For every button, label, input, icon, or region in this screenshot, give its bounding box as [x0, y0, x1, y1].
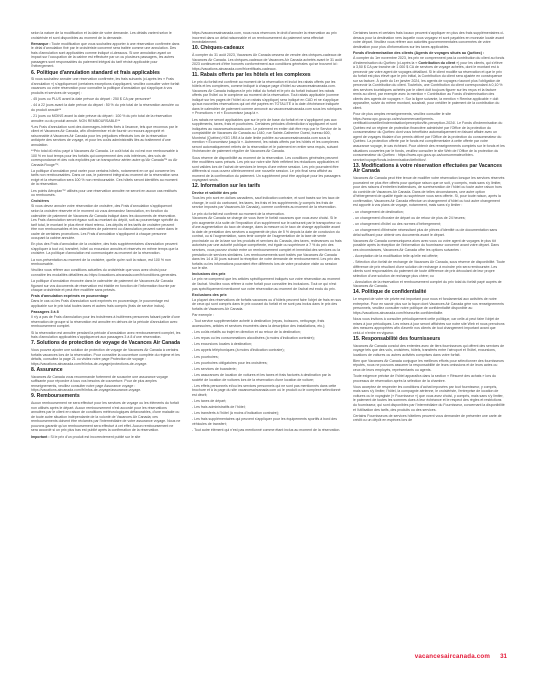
subheading-inclusions: Inclusions des prix: [192, 272, 342, 277]
paragraph: Aucun remboursement ne sera effectué pou…: [31, 401, 181, 433]
list-item: - Sélection d'un forfait de rechange de …: [353, 260, 505, 278]
list-item: - Les pourboires obligatoires pour les c…: [192, 361, 342, 366]
subheading-passengers: Passagers 3 à 8: [31, 310, 181, 315]
list-item: - 21 jours ou MOINS avant la date prévue…: [31, 114, 181, 123]
list-item: - Les effets personnels et/ou les servic…: [192, 384, 342, 398]
paragraph: Sous réserve de disponibilité au moment …: [192, 156, 342, 183]
section-heading-10: 10. Chèques-cadeaux: [192, 46, 342, 52]
list-item: - Les taxes de départ;: [192, 399, 342, 404]
document-page: selon la nature de la modification et la…: [0, 0, 533, 675]
paragraph: En plus des Frais d'annulation de la cro…: [31, 242, 181, 256]
paragraph: Certains Fournisseurs de services hôteli…: [353, 414, 505, 423]
paragraph: Les points Aéroplan™ utilisés pour une r…: [31, 189, 181, 198]
paragraph: Vous pouvez ajouter une solution de prot…: [31, 348, 181, 366]
paragraph: https://vacancesaircanada.com, nous nous…: [192, 31, 342, 45]
section-heading-13: 13. Modifications à votre réservation ef…: [353, 164, 505, 175]
paragraph: La politique d'annulation énoncée dans l…: [31, 279, 181, 293]
list-item: - Les appels téléphoniques (à moins d'in…: [192, 348, 342, 353]
list-item: - Annulation de la réservation et rembou…: [353, 280, 505, 289]
paragraph: Vacances Air Canada conclut des ententes…: [353, 344, 505, 358]
section-heading-6: 6. Politique d'annulation standard et fr…: [31, 71, 181, 77]
paragraph: Par exemple :: [192, 313, 342, 318]
paragraph: À compter du 31 août 2023, Vacances Air …: [192, 53, 342, 71]
paragraph: Vous acceptez de respecter les condition…: [353, 385, 505, 412]
list-item: - un changement d'hôtel ou des normes d'…: [353, 222, 505, 227]
section-heading-7: 7. Solutions de protection de voyage de …: [31, 341, 181, 347]
paragraph: Vacances Air Canada se charge de vous li…: [192, 216, 342, 271]
list-item: - Les frais supplémentaires qui peuvent …: [192, 417, 342, 426]
section-heading-9: 9. Remboursements: [31, 394, 181, 400]
paragraph: Bien que Vacances Air Canada conjugue le…: [353, 359, 505, 373]
page-number: 31: [500, 653, 507, 660]
paragraph: Si la réservation est annulée pendant la…: [31, 331, 181, 340]
list-item: - 44 à 22 jours avant la date prévue du …: [31, 103, 181, 112]
paragraph: La non-présentation au moment de la croi…: [31, 258, 181, 267]
bold-term: Contribution du client: [418, 61, 455, 65]
section-heading-8: 8. Assurance: [31, 368, 181, 374]
paragraph: Dans le cas où les Frais d'annulation so…: [31, 299, 181, 308]
list-item: - Les pourboires;: [192, 355, 342, 360]
remark-text: Toute modification que vous souhaitez ap…: [31, 42, 179, 69]
column-2: https://vacancesaircanada.com, nous nous…: [192, 31, 342, 434]
column-1: selon la nature de la modification et la…: [31, 31, 181, 441]
page-footer: vacancesaircanada.com 31: [360, 651, 507, 661]
list-item: - Les coûts relatifs au trajet en direct…: [192, 330, 342, 335]
footnote: *Les Frais d'annulation sont des dommage…: [31, 125, 181, 148]
column-3: Certaines taxes et certains frais locaux…: [353, 31, 505, 424]
section-heading-14: 14. Politique de confidentialité: [353, 290, 505, 296]
list-item: - Les transferts à l'hôtel (à moins d'in…: [192, 411, 342, 416]
paragraph: La plupart des réservations de forfaits …: [192, 298, 342, 312]
subheading-percentage-fees: Frais d'annulation exprimés en pourcenta…: [31, 294, 181, 299]
paragraph: Il n'y a pas de Frais d'annulation pour …: [31, 315, 181, 329]
paragraph: La politique d'annulation peut varier po…: [31, 169, 181, 187]
paragraph: Tous les prix sont en dollars canadiens,…: [192, 196, 342, 210]
paragraph: Si vous devez annuler votre réservation …: [31, 204, 181, 240]
paragraph: Nous vous invitons à consulter périodiqu…: [353, 317, 505, 335]
paragraph: Certaines taxes et certains frais locaux…: [353, 31, 505, 49]
list-item: - Tout autre élément qui n'est pas menti…: [192, 428, 342, 433]
paragraph: selon la nature de la modification et la…: [31, 31, 181, 40]
paragraph: Le prix du forfait est confirmé au momen…: [192, 80, 342, 116]
paragraph: Le prix ne comprend que les articles spé…: [192, 277, 342, 291]
paragraph: Vacances Air Canada peut être tenue de m…: [353, 176, 505, 208]
list-item: - Acceptation de la modification telle q…: [353, 254, 505, 259]
list-item: - un changement de destination;: [353, 210, 505, 215]
footnote: **Prix total dû et/ou payé à Vacances Ai…: [31, 149, 181, 167]
important-text: Si le prix d'un produit est incorrecteme…: [50, 435, 141, 439]
list-item: - Tout service supplémentaire acheté à d…: [192, 319, 342, 328]
subheading-compensation-fund: Fonds d'indemnisation des clients (Agent…: [353, 51, 505, 56]
paragraph: Vacances Air Canada communiquera alors a…: [353, 239, 505, 253]
paragraph: Toute exigence précise de l'hôtel appara…: [353, 374, 505, 383]
paragraph: Les rabais ne seront applicables que sur…: [192, 118, 342, 154]
list-item: - Les repas ou les consommations alcooli…: [192, 336, 342, 341]
section-heading-12: 12. Information sur les tarifs: [192, 184, 342, 190]
text-span: ») pour les clients, qui s'élève à 3,50 …: [353, 61, 503, 110]
list-item: - Les assurances de location de voitures…: [192, 373, 342, 382]
paragraph: Pour de plus amples renseignements, veui…: [353, 112, 505, 162]
section-heading-15: 15. Responsabilité des fournisseurs: [353, 337, 505, 343]
list-item: - Les excursions locales à destination;: [192, 342, 342, 347]
list-item: - 45 jours ou PLUS avant la date prévue …: [31, 97, 181, 102]
paragraph: Le respect de votre vie privée est impor…: [353, 297, 505, 315]
subheading-exclusions: Exclusions des prix: [192, 293, 342, 298]
list-item: - Les services de buanderie;: [192, 367, 342, 372]
section-heading-11: 11. Rabais offerts par les hôtels et les…: [192, 73, 342, 79]
paragraph: Vacances Air Canada vous recommande fort…: [31, 375, 181, 393]
important-paragraph: Important : Si le prix d'un produit est …: [31, 435, 181, 440]
remark-label: Remarque :: [31, 42, 51, 46]
footer-website-link[interactable]: vacancesaircanada.com: [415, 653, 490, 660]
paragraph: À compter du 1er novembre 2023, les prix…: [353, 56, 505, 111]
subheading-currency: Devise et validité des prix: [192, 191, 342, 196]
list-item: - Les frais administratifs de l'hôtel;: [192, 405, 342, 410]
important-label: Important :: [31, 435, 50, 439]
subheading-cruises: Croisières: [31, 199, 181, 204]
list-item: - un changement d'horaire de départ ou d…: [353, 216, 505, 221]
paragraph: Si vous souhaitez annuler une réservatio…: [31, 77, 181, 95]
paragraph: Veuillez vous référer aux conditions act…: [31, 268, 181, 277]
list-item: - un changement d'itinéraire nécessitant…: [353, 228, 505, 237]
remark-paragraph: Remarque : Toute modification que vous s…: [31, 42, 181, 69]
